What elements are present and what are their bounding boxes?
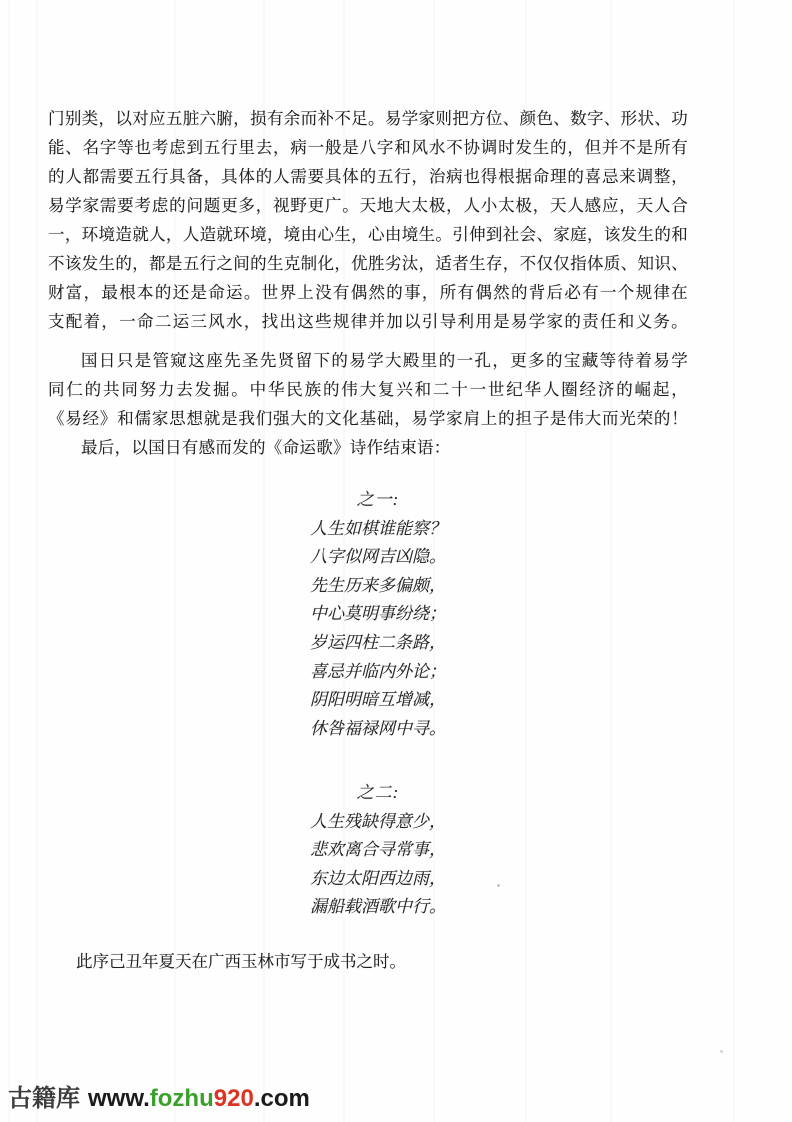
poem-line: 喜忌并临内外论； [58,658,698,687]
poem-one-title: 之一: [58,486,698,515]
poem-line: 漏船载酒歌中行。 [58,893,698,922]
poem-line: 先生历来多偏颇， [58,572,698,601]
scan-speck [720,1050,723,1053]
poem-line: 八字似网吉凶隐。 [58,543,698,572]
text-line: 能、名字等也考虑到五行里去，病一般是八字和风水不协调时发生的，但并不是所有 [48,133,688,162]
scan-streak [733,0,735,1122]
body-text-block: 门别类，以对应五脏六腑，损有余而补不足。易学家则把方位、颜色、数字、形状、功 能… [48,104,688,462]
poem-line: 悲欢离合寻常事， [58,836,698,865]
body-paragraph-2: 国日只是管窥这座先圣先贤留下的易学大殿里的一孔，更多的宝藏等待着易学 同仁的共同… [48,346,688,433]
poem-line: 人生残缺得意少， [58,808,698,837]
scanned-book-page: 门别类，以对应五脏六腑，损有余而补不足。易学家则把方位、颜色、数字、形状、功 能… [0,0,792,1122]
text-line: 支配着，一命二运三风水，找出这些规律并加以引导利用是易学家的责任和义务。 [48,307,688,336]
poem-line: 阴阳明暗互增减， [58,686,698,715]
watermark-site-name: 古籍库 [8,1085,80,1112]
poem-line: 人生如棋谁能察？ [58,515,698,544]
scan-streak [36,0,38,1122]
body-paragraph-3: 最后，以国日有感而发的《命运歌》诗作结束语： [48,433,688,462]
text-line: 的人都需要五行具备，具体的人需要具体的五行，治病也得根据命理的喜忌来调整， [48,162,688,191]
poem-two-title: 之二: [58,779,698,808]
text-line: 门别类，以对应五脏六腑，损有余而补不足。易学家则把方位、颜色、数字、形状、功 [48,104,688,133]
poem-line: 东边太阳西边雨， [58,865,698,894]
poem-line: 岁运四柱二条路， [58,629,698,658]
watermark-url-green: fozhu [150,1085,214,1112]
text-line: 易学家需要考虑的问题更多，视野更广。天地大太极，人小太极，天人感应，天人合 [48,191,688,220]
watermark: 古籍库www.fozhu920.com [8,1082,310,1116]
text-line: 不该发生的，都是五行之间的生克制化，优胜劣汰，适者生存，不仅仅指体质、知识、 [48,249,688,278]
poem-line: 中心莫明事纷绕； [58,600,698,629]
text-line: 财富，最根本的还是命运。世界上没有偶然的事，所有偶然的背后必有一个规律在 [48,278,688,307]
text-line: 《易经》和儒家思想就是我们强大的文化基础，易学家肩上的担子是伟大而光荣的！ [48,404,688,433]
scan-streak [8,0,10,1122]
poem-two: 之二: 人生残缺得意少， 悲欢离合寻常事， 东边太阳西边雨， 漏船载酒歌中行。 [58,779,698,922]
poem-line: 休咎福禄网中寻。 [58,715,698,744]
poem-one: 之一: 人生如棋谁能察？ 八字似网吉凶隐。 先生历来多偏颇， 中心莫明事纷绕； … [58,486,698,743]
closing-line: 此序己丑年夏天在广西玉林市写于成书之时。 [48,947,688,976]
body-paragraph-1: 门别类，以对应五脏六腑，损有余而补不足。易学家则把方位、颜色、数字、形状、功 能… [48,104,688,336]
watermark-url-prefix: www. [88,1085,150,1112]
text-line: 最后，以国日有感而发的《命运歌》诗作结束语： [48,433,688,462]
watermark-url-red: 920 [214,1085,254,1112]
watermark-url-suffix: .com [254,1085,310,1112]
text-line: 同仁的共同努力去发掘。中华民族的伟大复兴和二十一世纪华人圈经济的崛起， [48,375,688,404]
text-line: 国日只是管窥这座先圣先贤留下的易学大殿里的一孔，更多的宝藏等待着易学 [48,346,688,375]
text-line: 一，环境造就人，人造就环境，境由心生，心由境生。引伸到社会、家庭，该发生的和 [48,220,688,249]
